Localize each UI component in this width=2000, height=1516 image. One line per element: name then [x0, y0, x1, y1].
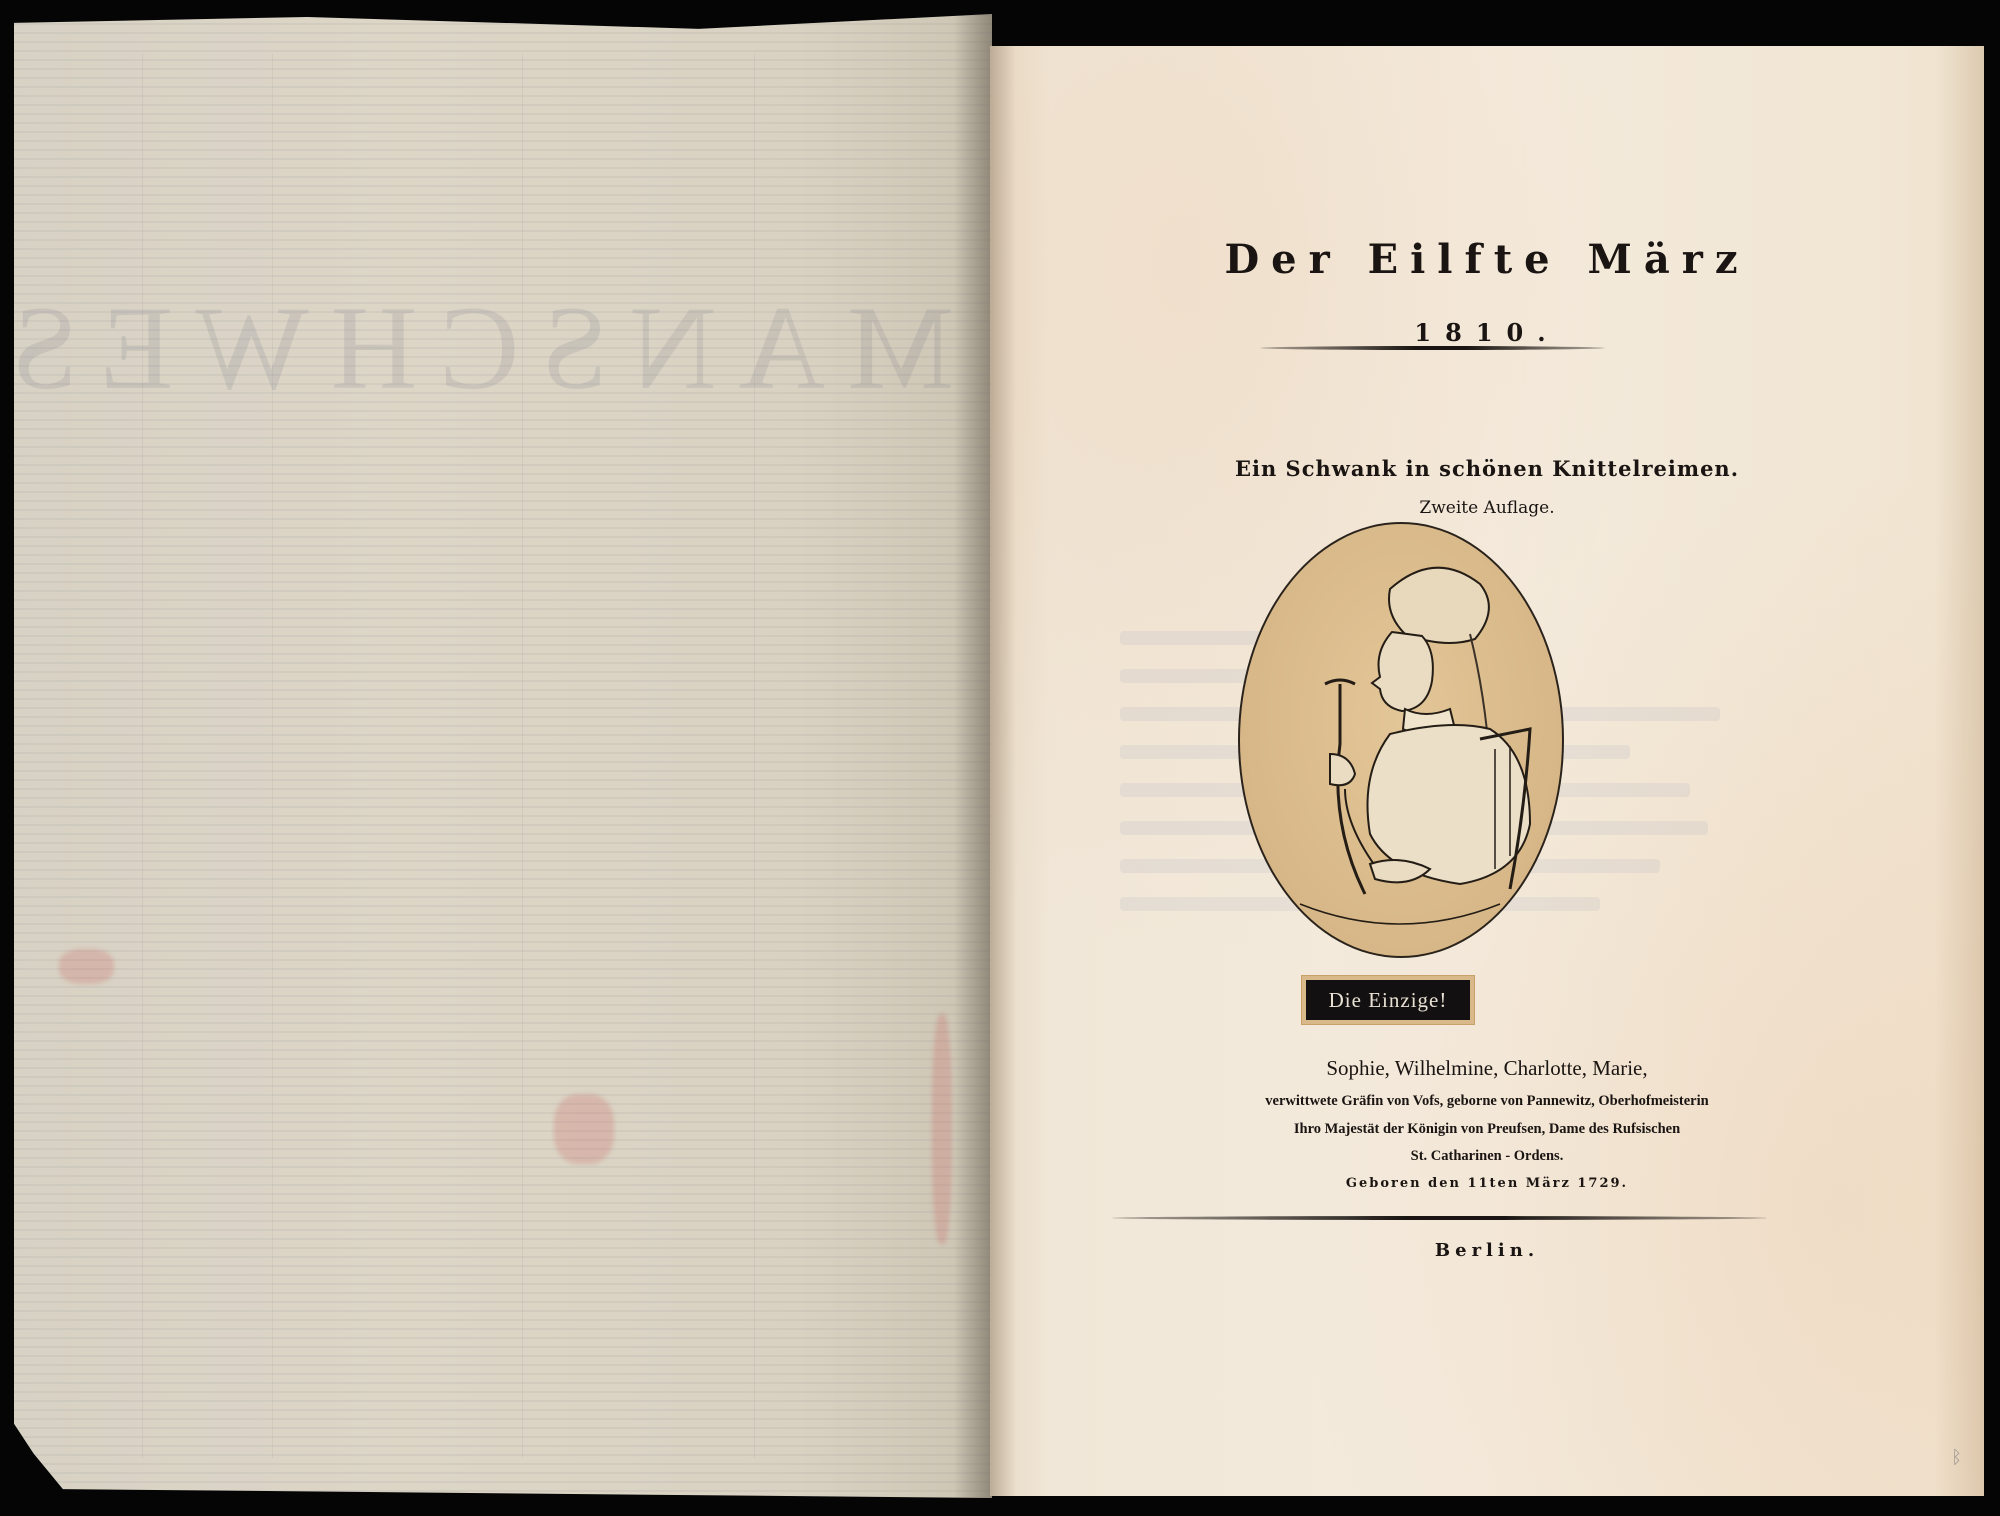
right-page-title-page: Der Eilfte März 1810. Ein Schwank in sch…: [990, 46, 1984, 1496]
column-line: [522, 54, 523, 1458]
column-line: [272, 54, 273, 1458]
bleedthrough-heading: MANSCHWESEN: [54, 279, 954, 417]
dedicatee-name: Sophie, Wilhelmine, Charlotte, Marie,: [990, 1056, 1984, 1081]
publication-place: Berlin.: [990, 1240, 1984, 1261]
pencil-mark: ᛒ: [1951, 1447, 1962, 1468]
red-stain: [59, 949, 114, 984]
left-page-verso: MANSCHWESEN: [14, 14, 992, 1498]
edition: Zweite Auflage.: [990, 498, 1984, 518]
portrait-engraving: [1238, 522, 1564, 958]
decorative-rule-bottom: [1112, 1216, 1767, 1220]
dedicatee-detail-line: verwittwete Gräfin von Vofs, geborne von…: [990, 1093, 1984, 1110]
birth-date-line: Geboren den 11ten März 1729.: [990, 1176, 1984, 1191]
dedicatee-detail-line: Ihro Majestät der Königin von Preufsen, …: [990, 1121, 1984, 1138]
subtitle: Ein Schwank in schönen Knittelreimen.: [990, 456, 1984, 481]
decorative-rule-top: [1260, 346, 1605, 350]
spine-shadow: [954, 14, 992, 1498]
column-line: [142, 54, 143, 1458]
dedicatee-detail-line: St. Catharinen - Ordens.: [990, 1148, 1984, 1165]
portrait-caption-label: Die Einzige!: [1302, 976, 1474, 1024]
seated-woman-illustration: [1240, 524, 1562, 956]
column-line: [754, 54, 755, 1458]
publication-year: 1810.: [990, 318, 1984, 347]
red-stain: [554, 1094, 614, 1164]
book-title: Der Eilfte März: [990, 236, 1984, 283]
red-stain: [932, 1014, 952, 1244]
